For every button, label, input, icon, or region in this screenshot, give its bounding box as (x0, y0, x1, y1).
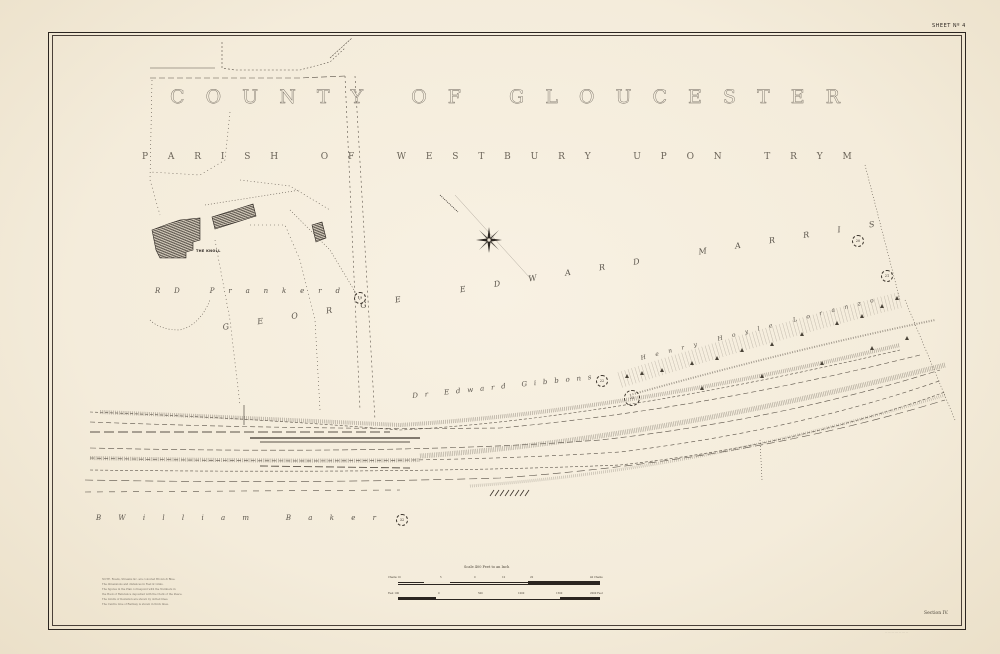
plot-number: 22 (596, 375, 608, 387)
section-label: Section IV. (924, 611, 948, 616)
map-notes: NOTE. Roads, Streams &c. are coloured Br… (102, 577, 212, 607)
printer-imprint: · · · · · · · · · · · · · · · · · (885, 631, 908, 634)
plot-number: 19 (354, 292, 366, 304)
county-title: COUNTY OF GLOUCESTER (170, 86, 840, 108)
sheet-number: SHEET Nº 4 (932, 23, 966, 29)
map-border-inner (52, 35, 962, 626)
plot-number: 23 (624, 390, 640, 406)
scale-title: Scale 400 Feet to an Inch (464, 565, 509, 569)
house-label-the-knoll: THE KNOLL (196, 249, 221, 253)
plot-number: 20 (852, 235, 864, 247)
parish-title: PARISH OF WESTBURY UPON TRYM (142, 152, 852, 162)
owner-label-william-baker: BWilliam Baker (96, 514, 376, 522)
plot-number: 32 (396, 514, 408, 526)
plot-number: 21 (881, 270, 893, 282)
owner-label-prankerd: RD Prankerd (155, 287, 340, 295)
